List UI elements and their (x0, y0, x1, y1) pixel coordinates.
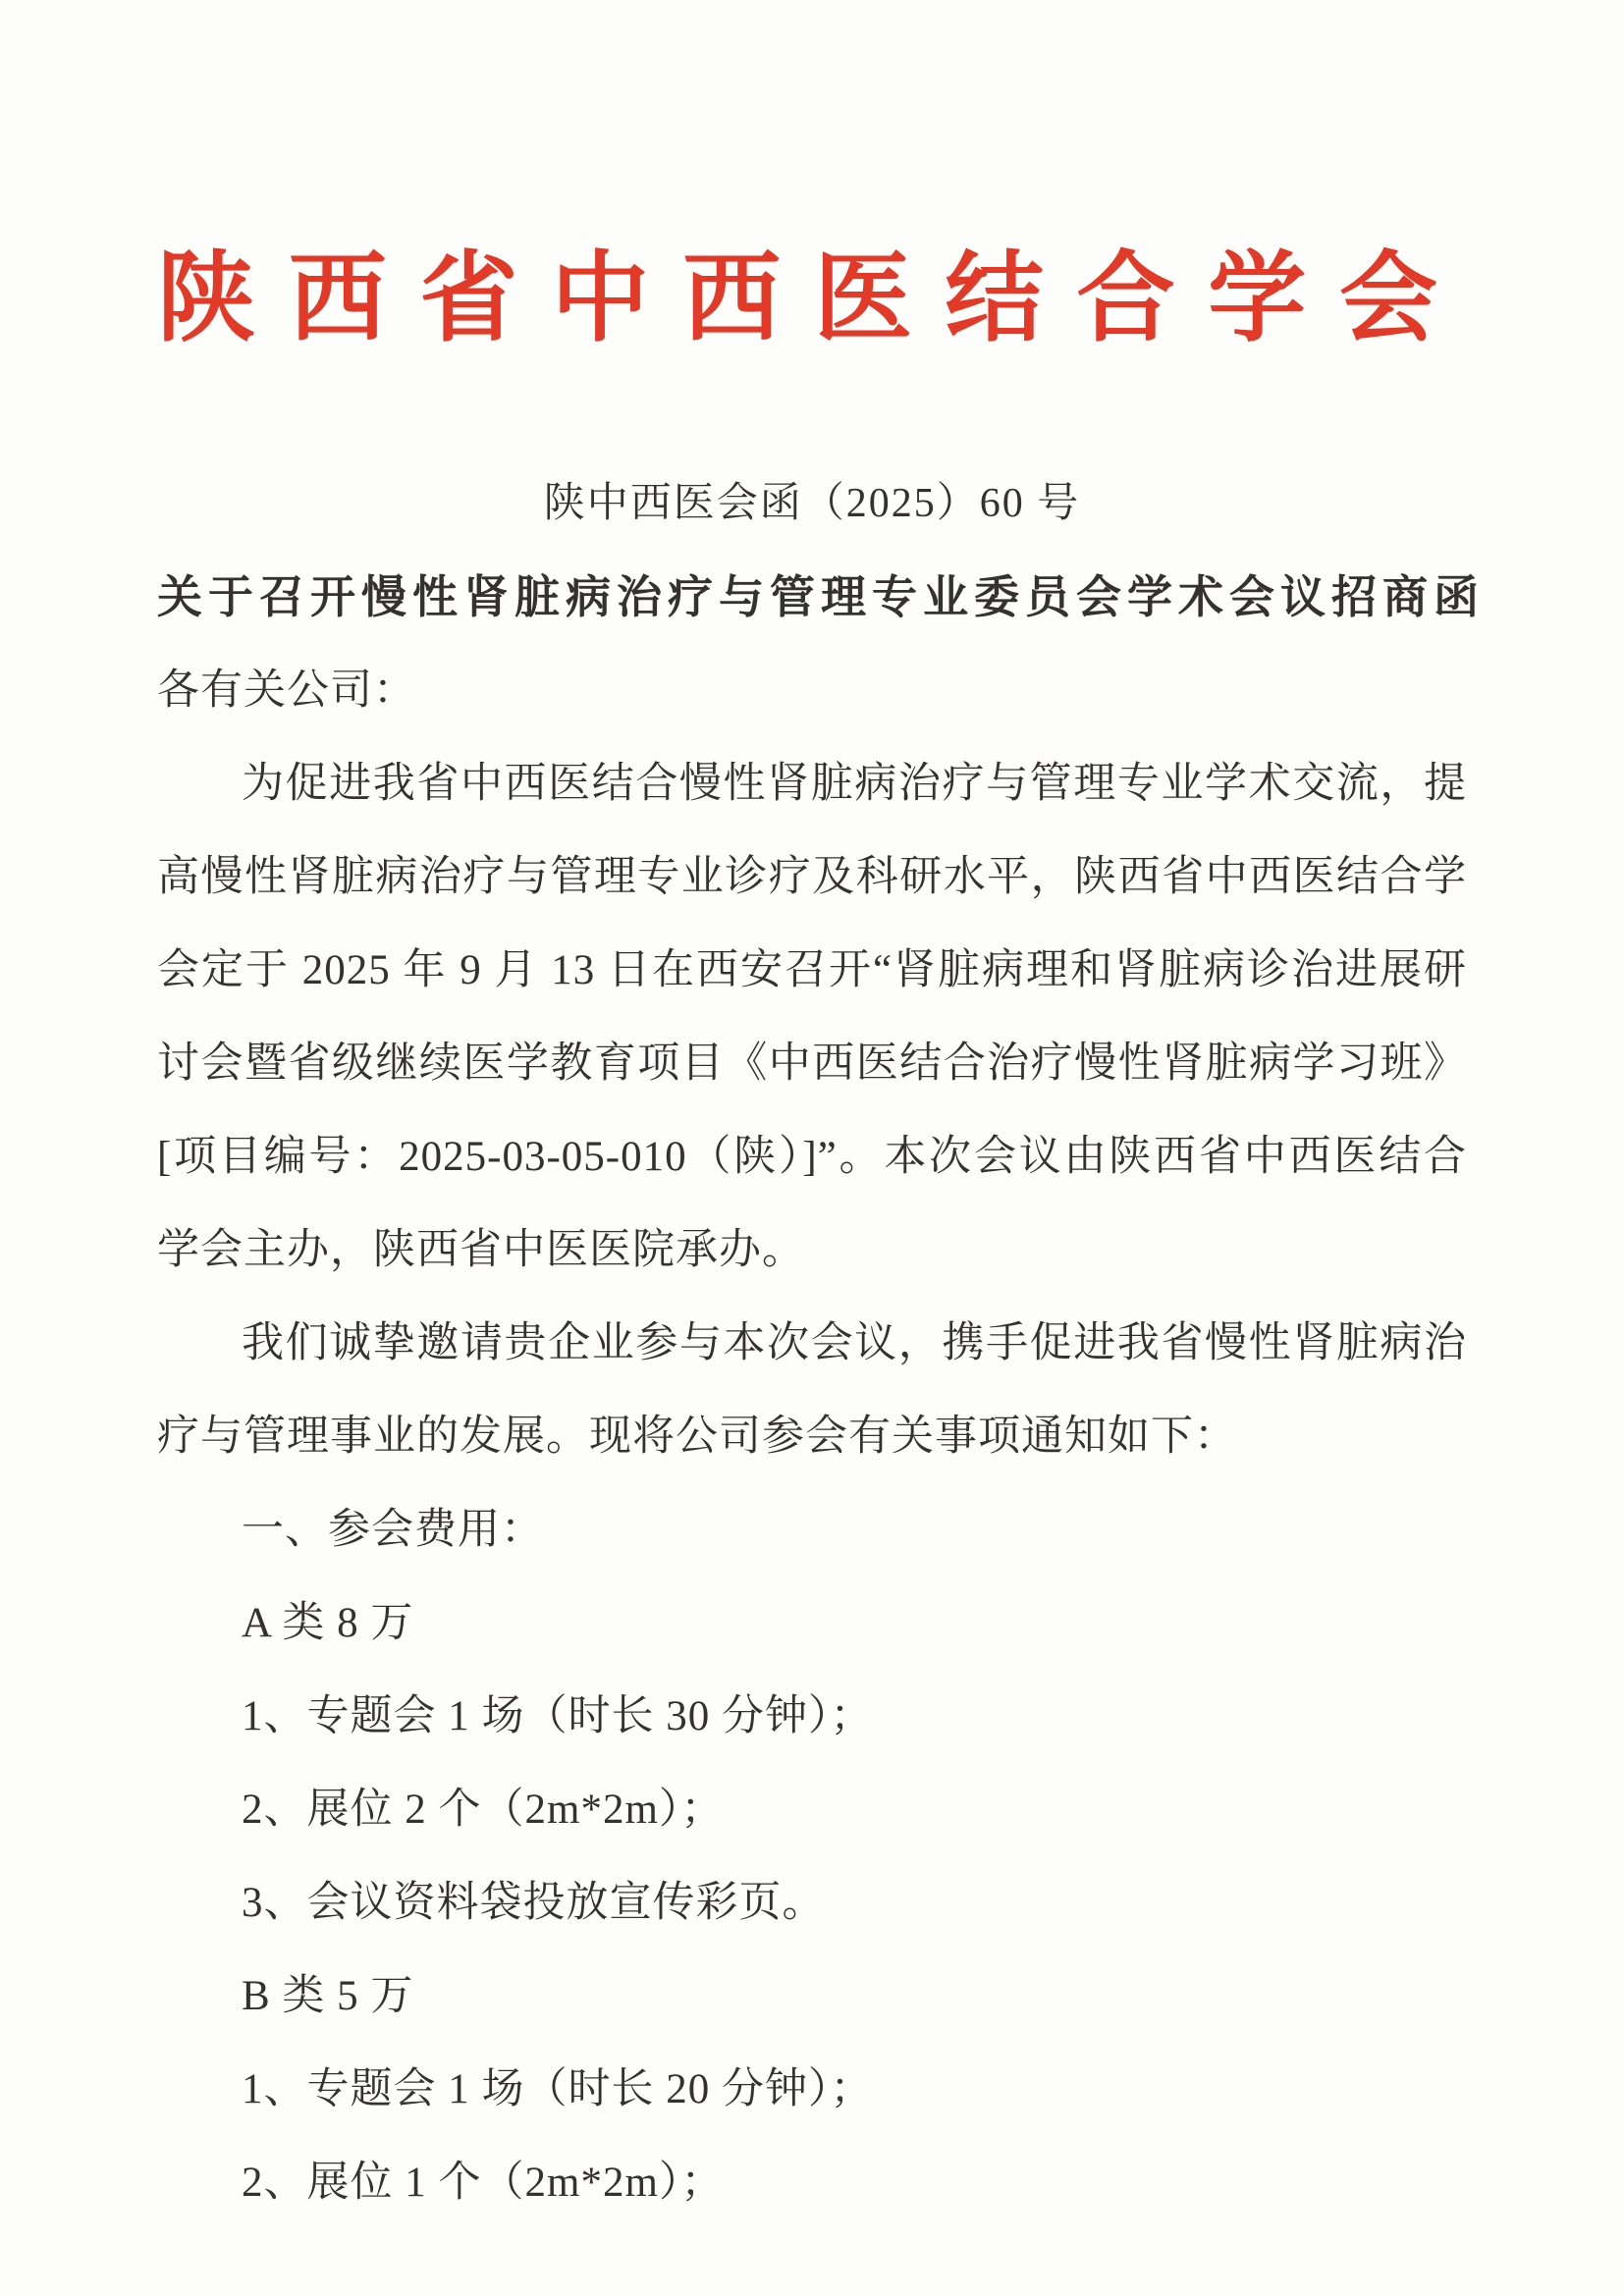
fee-item-a-3: 3、会议资料袋投放宣传彩页。 (157, 1856, 1467, 1949)
paragraph-invitation: 我们诚挚邀请贵企业参与本次会议，携手促进我省慢性肾脏病治疗与管理事业的发展。现将… (157, 1297, 1467, 1483)
fee-item-a-1: 1、专题会 1 场（时长 30 分钟）； (157, 1670, 1467, 1763)
fee-item-b-2: 2、展位 1 个（2m*2m）； (157, 2136, 1467, 2229)
salutation: 各有关公司： (157, 644, 1467, 737)
org-title: 陕西省中西医结合学会 (157, 236, 1467, 363)
section-heading-fees: 一、参会费用： (157, 1483, 1467, 1576)
doc-heading: 关于召开慢性肾脏病治疗与管理专业委员会学术会议招商函 (157, 551, 1467, 644)
paragraph-intro: 为促进我省中西医结合慢性肾脏病治疗与管理专业学术交流，提高慢性肾脏病治疗与管理专… (157, 737, 1467, 1297)
fee-item-a-2: 2、展位 2 个（2m*2m）； (157, 1763, 1467, 1856)
fee-class-b-label: B 类 5 万 (157, 1949, 1467, 2043)
fee-item-b-1: 1、专题会 1 场（时长 20 分钟）； (157, 2043, 1467, 2136)
doc-number: 陕中西医会函（2025）60 号 (157, 457, 1467, 551)
document-page: 陕西省中西医结合学会 陕中西医会函（2025）60 号 关于召开慢性肾脏病治疗与… (0, 0, 1624, 2296)
fee-class-a-label: A 类 8 万 (157, 1576, 1467, 1670)
